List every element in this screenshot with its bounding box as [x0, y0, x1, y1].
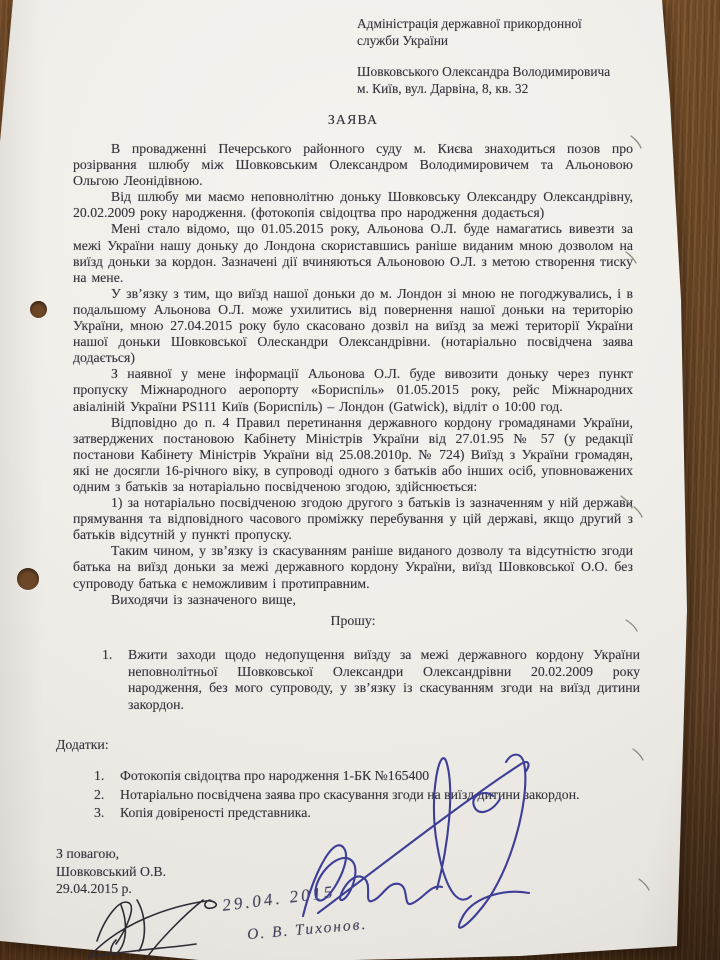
closing-block: З повагою, Шовковський О.В. 29.04.2015 р… — [56, 845, 166, 898]
attachment-number: 3. — [94, 804, 120, 823]
document-content: Адміністрація державної прикордонної слу… — [0, 0, 720, 960]
document-body: В провадженні Печерського районного суду… — [73, 141, 633, 608]
applicant-block: Шовковського Олександра Володимировича м… — [357, 64, 610, 97]
body-paragraph: 1) за нотаріально посвідченою згодою дру… — [73, 495, 633, 543]
applicant-address: м. Київ, вул. Дарвіна, 8, кв. 32 — [357, 81, 610, 98]
document-title: ЗАЯВА — [73, 112, 633, 128]
addressee-line: Адміністрація державної прикордонної — [357, 16, 582, 33]
photo-of-document: Адміністрація державної прикордонної слу… — [0, 0, 720, 960]
body-paragraph: Мені стало відомо, що 01.05.2015 року, А… — [73, 221, 633, 285]
attachments-heading: Додатки: — [56, 737, 109, 753]
body-paragraph: Виходячи із зазначеного вище, — [73, 592, 633, 608]
attachment-text: Нотаріально посвідчена заява про скасува… — [120, 786, 580, 805]
request-heading: Прошу: — [73, 613, 633, 629]
applicant-name: Шовковського Олександра Володимировича — [357, 64, 610, 81]
attachment-item: 1. Фотокопія свідоцтва про народження 1-… — [94, 767, 580, 786]
attachment-number: 1. — [94, 767, 120, 786]
closing-regards: З повагою, — [56, 845, 166, 863]
body-paragraph: З наявної у мене інформації Альонова О.Л… — [73, 366, 633, 414]
closing-name: Шовковський О.В. — [56, 863, 166, 881]
attachment-item: 2. Нотаріально посвідчена заява про скас… — [94, 786, 580, 805]
body-paragraph: Від шлюбу ми маємо неповнолітню доньку Ш… — [73, 189, 633, 221]
request-item: 1. Вжити заходи щодо недопущення виїзду … — [102, 647, 640, 713]
handwritten-date: 29.04. 2015 — [221, 882, 336, 916]
request-text: Вжити заходи щодо недопущення виїзду за … — [128, 647, 640, 713]
body-paragraph: В провадженні Печерського районного суду… — [73, 141, 633, 189]
body-paragraph: Відповідно до п. 4 Правил перетинання де… — [73, 415, 633, 495]
attachment-text: Фотокопія свідоцтва про народження 1-БК … — [120, 767, 429, 786]
attachment-number: 2. — [94, 786, 120, 805]
handwritten-name: О. В. Тихонов. — [246, 916, 368, 944]
addressee-line: служби України — [357, 33, 582, 50]
addressee-block: Адміністрація державної прикордонної слу… — [357, 16, 582, 49]
attachment-text: Копія довіреності представника. — [120, 804, 311, 823]
attachment-item: 3. Копія довіреності представника. — [94, 804, 580, 823]
body-paragraph: Таким чином, у зв’язку із скасуванням ра… — [73, 543, 633, 591]
closing-date: 29.04.2015 р. — [56, 880, 166, 898]
attachments-list: 1. Фотокопія свідоцтва про народження 1-… — [94, 767, 580, 823]
request-number: 1. — [102, 647, 128, 713]
body-paragraph: У зв’язку з тим, що виїзд нашої доньки д… — [73, 286, 633, 366]
